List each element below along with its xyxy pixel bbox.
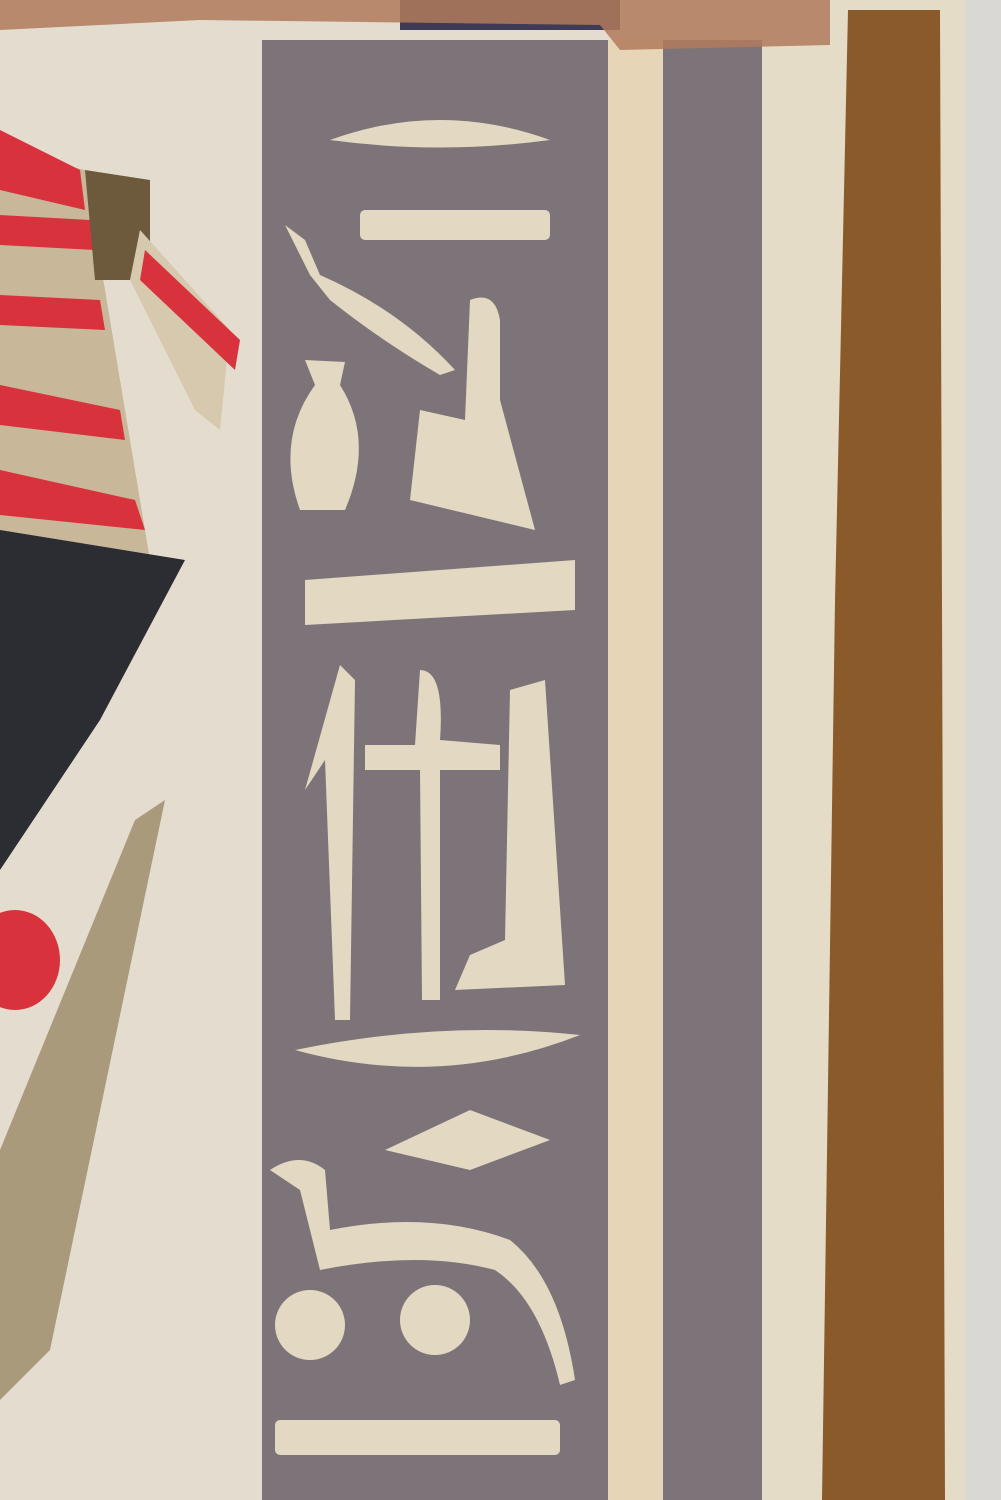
circle-glyph bbox=[400, 1285, 470, 1355]
cream-strip bbox=[608, 40, 663, 1500]
circle-glyph bbox=[275, 1290, 345, 1360]
bar-glyph bbox=[360, 210, 550, 240]
bar-glyph bbox=[275, 1420, 560, 1455]
textile-illustration bbox=[0, 0, 1001, 1500]
textile-photo bbox=[0, 0, 1001, 1500]
